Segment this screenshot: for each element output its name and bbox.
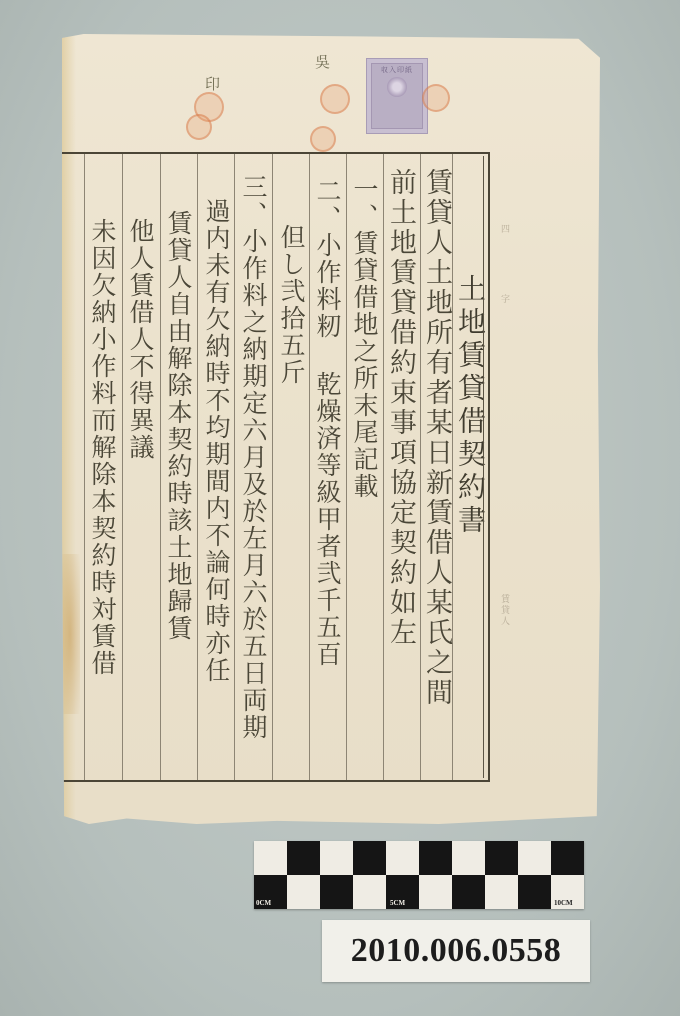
text-column: 賃貸人土地所有者某日新賃借人某氏之間 — [419, 168, 453, 772]
red-seal-icon — [310, 126, 336, 152]
catalog-number: 2010.006.0558 — [351, 932, 562, 970]
text-column: 未因欠納小作料而解除本契約時対賃借 — [85, 218, 119, 772]
text-column: 他人賃借人不得異議 — [123, 218, 157, 772]
scale-label-0cm: 0CM — [256, 899, 271, 907]
red-seal-icon — [422, 84, 450, 112]
column-rule — [272, 154, 273, 780]
text-column: 三、小作料之納期定六月及於左月六於五日両期 — [236, 174, 270, 772]
document-sheet: 印 吳 収入印紙 土地賃貸借契約書 賃貸人土地所有者某日新賃借人某氏之間 前土地… — [62, 34, 600, 824]
scale-label-5cm: 5CM — [390, 899, 405, 907]
document-title: 土地賃貸借契約書 — [453, 274, 487, 772]
red-seal-icon — [186, 114, 212, 140]
margin-print: 字 — [498, 294, 511, 305]
margin-print: 四 — [498, 224, 511, 235]
catalog-number-card: 2010.006.0558 — [322, 920, 590, 982]
column-rule — [197, 154, 198, 780]
column-rule — [234, 154, 235, 780]
text-column: 二、小作料籾 乾燥済等級甲者弐千五百 — [310, 178, 344, 772]
text-column: 前土地賃貸借約束事項協定契約如左 — [383, 168, 417, 772]
ruled-text-frame: 土地賃貸借契約書 賃貸人土地所有者某日新賃借人某氏之間 前土地賃貸借約束事項協定… — [62, 152, 490, 782]
margin-print: 賃貸人 — [498, 594, 511, 627]
checker-scale — [254, 841, 584, 909]
text-column: 但し弐拾五斤 — [274, 224, 308, 772]
revenue-stamp: 収入印紙 — [366, 58, 428, 134]
scale-label-10cm: 10CM — [554, 899, 573, 907]
signature-2: 吳 — [312, 54, 333, 71]
chrysanthemum-emblem-icon — [387, 77, 407, 97]
signature-1: 印 — [202, 76, 223, 93]
text-column: 賃貸人自由解除本契約時該土地歸賃 — [161, 210, 195, 772]
text-column: 一、賃貸借地之所末尾記載 — [347, 176, 381, 772]
revenue-stamp-label: 収入印紙 — [367, 65, 427, 75]
color-scale-bar: 0CM 5CM 10CM — [254, 841, 584, 909]
document-header: 印 吳 収入印紙 — [62, 34, 600, 152]
red-seal-icon — [320, 84, 350, 114]
text-column: 過内未有欠納時不均期間内不論何時亦任 — [199, 198, 233, 772]
